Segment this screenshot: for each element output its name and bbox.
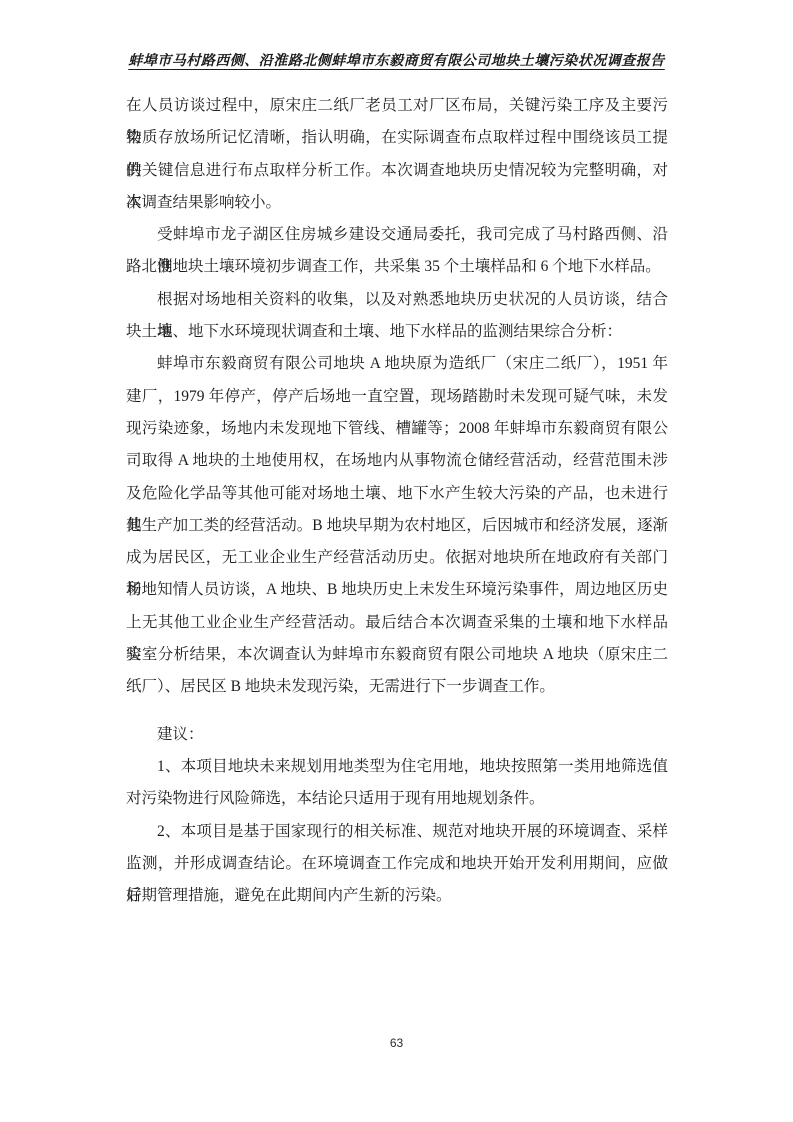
text-line: 2、本项目是基于国家现行的相关标准、规范对地块开展的环境调查、采样 [126,816,668,848]
text-line: 他生产加工类的经营活动。B 地块早期为农村地区，后因城市和经济发展，逐渐 [126,510,668,542]
paragraph: 2、本项目是基于国家现行的相关标准、规范对地块开展的环境调查、采样监测，并形成调… [126,816,668,913]
text-line: 物质存放场所记忆清晰，指认明确，在实际调查布点取样过程中围绕该员工提供 [126,122,668,154]
text-line: 纸厂）、居民区 B 地块未发现污染，无需进行下一步调查工作。 [126,671,668,703]
paragraph: 在人员访谈过程中，原宋庄二纸厂老员工对厂区布局，关键污染工序及主要污染物质存放场… [126,90,668,219]
text-line: 1、本项目地块未来规划用地类型为住宅用地，地块按照第一类用地筛选值 [126,751,668,783]
text-line: 司取得 A 地块的土地使用权，在场地内从事物流仓储经营活动，经营范围未涉 [126,445,668,477]
text-line: 及危险化学品等其他可能对场地土壤、地下水产生较大污染的产品，也未进行其 [126,478,668,510]
paragraph: 受蚌埠市龙子湖区住房城乡建设交通局委托，我司完成了马村路西侧、沿淮路北侧地块土壤… [126,219,668,284]
text-line: 现污染迹象，场地内未发现地下管线、槽罐等；2008 年蚌埠市东毅商贸有限公 [126,413,668,445]
paragraph: 1、本项目地块未来规划用地类型为住宅用地，地块按照第一类用地筛选值对污染物进行风… [126,751,668,816]
text-line: 建厂，1979 年停产，停产后场地一直空置，现场踏勘时未发现可疑气味，未发 [126,381,668,413]
text-line: 根据对场地相关资料的收集，以及对熟悉地块历史状况的人员访谈，结合地 [126,284,668,316]
paragraph: 根据对场地相关资料的收集，以及对熟悉地块历史状况的人员访谈，结合地块土壤、地下水… [126,284,668,349]
document-page: 蚌埠市马村路西侧、沿淮路北侧蚌埠市东毅商贸有限公司地块土壤污染状况调查报告 在人… [0,0,793,1122]
text-line: 对污染物进行风险筛选，本结论只适用于现有用地规划条件。 [126,783,668,815]
text-line: 成为居民区，无工业企业生产经营活动历史。依据对地块所在地政府有关部门和 [126,542,668,574]
text-line: 建议： [126,719,668,751]
text-line: 在人员访谈过程中，原宋庄二纸厂老员工对厂区布局，关键污染工序及主要污染 [126,90,668,122]
page-header-title: 蚌埠市马村路西侧、沿淮路北侧蚌埠市东毅商贸有限公司地块土壤污染状况调查报告 [0,50,793,70]
paragraph: 建议： [126,719,668,751]
text-line: 路北侧地块土壤环境初步调查工作，共采集 35 个土壤样品和 6 个地下水样品。 [126,251,668,283]
text-line: 块土壤、地下水环境现状调查和土壤、地下水样品的监测结果综合分析： [126,316,668,348]
paragraph: 蚌埠市东毅商贸有限公司地块 A 地块原为造纸厂（宋庄二纸厂），1951 年建厂，… [126,348,668,703]
text-line: 场地知情人员访谈，A 地块、B 地块历史上未发生环境污染事件，周边地区历史 [126,574,668,606]
text-line: 的关键信息进行布点取样分析工作。本次调查地块历史情况较为完整明确，对本 [126,155,668,187]
document-body: 在人员访谈过程中，原宋庄二纸厂老员工对厂区布局，关键污染工序及主要污染物质存放场… [126,90,668,912]
text-line: 监测，并形成调查结论。在环境调查工作完成和地块开始开发利用期间，应做好 [126,848,668,880]
text-line: 次调查结果影响较小。 [126,187,668,219]
text-line: 后期管理措施，避免在此期间内产生新的污染。 [126,880,668,912]
text-line: 上无其他工业企业生产经营活动。最后结合本次调查采集的土壤和地下水样品实 [126,607,668,639]
text-line: 验室分析结果，本次调查认为蚌埠市东毅商贸有限公司地块 A 地块（原宋庄二 [126,639,668,671]
page-number: 63 [0,1036,793,1050]
text-line: 受蚌埠市龙子湖区住房城乡建设交通局委托，我司完成了马村路西侧、沿淮 [126,219,668,251]
text-line: 蚌埠市东毅商贸有限公司地块 A 地块原为造纸厂（宋庄二纸厂），1951 年 [126,348,668,380]
